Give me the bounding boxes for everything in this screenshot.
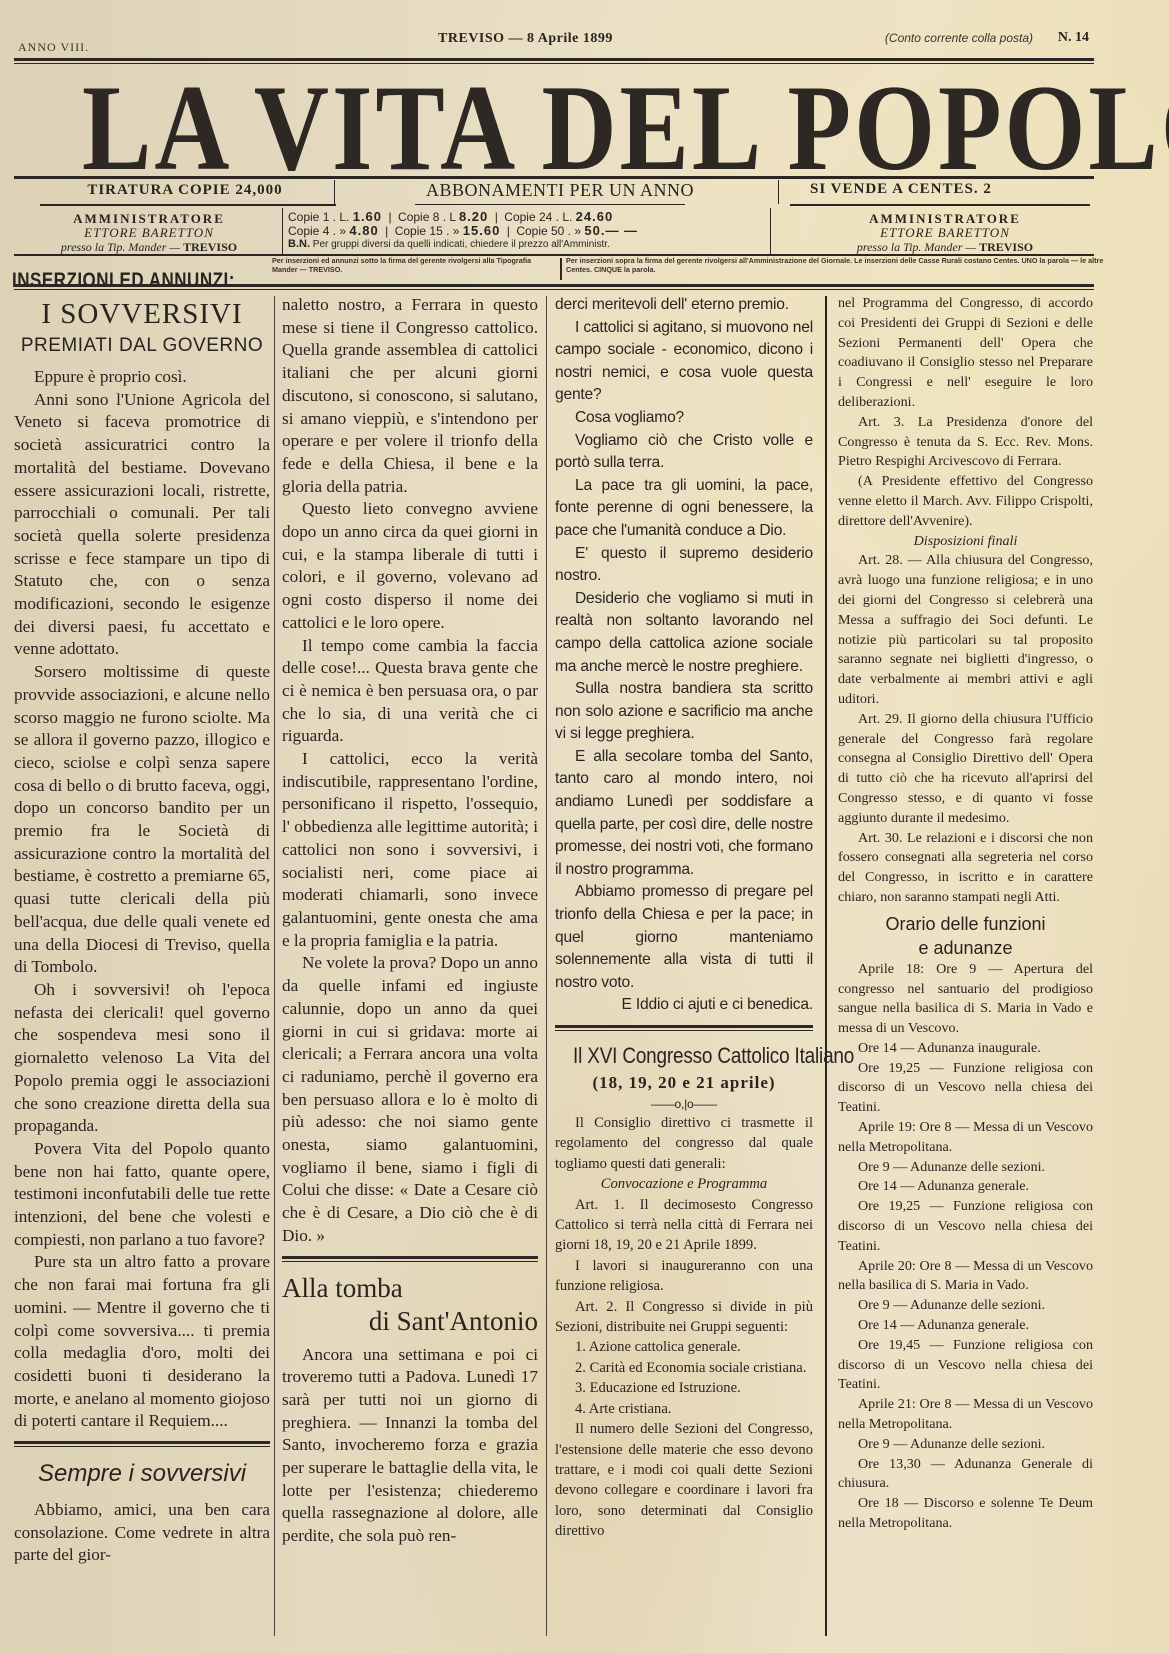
divider (790, 204, 1090, 206)
price-cell: Copie 24 . L. 24.60 (504, 210, 613, 224)
price-cell: Copie 4 . » 4.80 (288, 224, 379, 238)
price-label: Copie 4 . » (288, 224, 346, 238)
administrator-right: AMMINISTRATORE ETTORE BARETTON presso la… (800, 212, 1090, 254)
headline: di Sant'Antonio (282, 1304, 538, 1338)
paragraph: Art. 2. Il Congresso si divide in più Se… (555, 1297, 813, 1338)
schedule-item: Ore 13,30 — Adunanza Generale di chiusur… (838, 1455, 1093, 1495)
admin-title: AMMINISTRATORE (800, 212, 1090, 226)
masthead-title: LA VITA DEL POPOLO (82, 64, 1022, 194)
price-note-text: Per gruppi diversi da quelli indicati, c… (313, 239, 610, 250)
list-item: 4. Arte cristiana. (555, 1399, 813, 1419)
subheadline: PREMIATI DAL GOVERNO (14, 332, 270, 360)
paragraph: Il numero delle Sezioni del Congresso, l… (555, 1419, 813, 1541)
admin-title: AMMINISTRATORE (20, 212, 278, 226)
paragraph: Cosa vogliamo? (555, 407, 813, 430)
schedule-item: Ore 18 — Discorso e solenne Te Deum nell… (838, 1494, 1093, 1534)
paragraph: Sulla nostra bandiera sta scritto non so… (555, 678, 813, 746)
column-divider (274, 296, 275, 1636)
column-1: I SOVVERSIVI PREMIATI DAL GOVERNO Eppure… (14, 294, 270, 1567)
paragraph: nel Programma del Congresso, di accordo … (838, 294, 1093, 413)
admin-place: presso la Tip. Mander — TREVISO (800, 240, 1090, 254)
paragraph: Art. 30. Le relazioni e i discorsi che n… (838, 829, 1093, 908)
divider (334, 180, 335, 204)
admin-city: TREVISO (183, 240, 237, 254)
paragraph: Pure sta un altro fatto a provare che no… (14, 1251, 270, 1433)
divider (40, 204, 336, 206)
price-row: Copie 4 . » 4.80|Copie 15 . » 15.60|Copi… (288, 224, 788, 238)
paragraph: Abbiamo promesso di pregare pel trionfo … (555, 881, 813, 994)
schedule-item: Ore 9 — Adunanze delle sezioni. (838, 1435, 1093, 1455)
price-per-copy: SI VENDE A CENTES. 2 (790, 181, 1090, 198)
paragraph: Il Consiglio direttivo ci trasmette il r… (555, 1113, 813, 1174)
paragraph: Ancora una settimana e poi ci troveremo … (282, 1344, 538, 1548)
price-value: 8.20 (459, 209, 488, 224)
divider (282, 208, 283, 254)
headline: Alla tomba (282, 1272, 538, 1304)
masthead-rule (14, 176, 1094, 179)
schedule-title: e adunanze (838, 936, 1093, 960)
paragraph: Art. 29. Il giorno della chiusura l'Uffi… (838, 710, 1093, 829)
newspaper-page: ANNO VIII. TREVISO — 8 Aprile 1899 (Cont… (0, 0, 1169, 1653)
schedule-item: Ore 14 — Adunanza inaugurale. (838, 1039, 1093, 1059)
admin-place-text: presso la Tip. Mander — (61, 240, 180, 254)
paragraph: E alla secolare tomba del Santo, tanto c… (555, 746, 813, 882)
schedule-item: Ore 9 — Adunanze delle sezioni. (838, 1296, 1093, 1316)
volume-year: ANNO VIII. (18, 40, 89, 55)
paragraph: (A Presidente effettivo del Congresso ve… (838, 472, 1093, 531)
subheading: Convocazione e Programma (555, 1174, 813, 1194)
paragraph: E Iddio ci ajuti e ci benedica. (555, 994, 813, 1017)
price-cell: Copie 1 . L. 1.60 (288, 210, 382, 224)
list-item: 3. Educazione ed Istruzione. (555, 1378, 813, 1398)
paragraph: Art. 3. La Presidenza d'onore del Congre… (838, 413, 1093, 472)
price-label: Copie 24 . L. (504, 210, 572, 224)
paragraph: Desiderio che vogliamo si muti in realtà… (555, 588, 813, 678)
price-note: B.N. Per gruppi diversi da quelli indica… (288, 238, 788, 251)
top-line: ANNO VIII. TREVISO — 8 Aprile 1899 (Cont… (18, 30, 1093, 52)
divider (770, 208, 771, 254)
paragraph: Eppure è proprio così. (14, 366, 270, 389)
article-separator (555, 1025, 813, 1031)
divider (778, 180, 779, 204)
schedule-item: Aprile 21: Ore 8 — Messa di un Vescovo n… (838, 1395, 1093, 1435)
admin-city: TREVISO (979, 240, 1033, 254)
schedule-item: Ore 14 — Adunanza generale. (838, 1177, 1093, 1197)
paragraph: derci meritevoli dell' eterno premio. (555, 294, 813, 317)
column-3: derci meritevoli dell' eterno premio. I … (555, 294, 813, 1542)
schedule-title: Orario delle funzioni (838, 912, 1093, 936)
paragraph: Questo lieto convegno avviene dopo un an… (282, 498, 538, 634)
article-separator (14, 1441, 270, 1447)
paragraph: Povera Vita del Popolo quanto bene non h… (14, 1138, 270, 1252)
postal-note: (Conto corrente colla posta) (885, 31, 1033, 45)
admin-name: ETTORE BARETTON (20, 226, 278, 240)
administrator-left: AMMINISTRATORE ETTORE BARETTON presso la… (20, 212, 278, 254)
schedule-item: Ore 19,25 — Funzione religiosa con disco… (838, 1197, 1093, 1256)
price-row: Copie 1 . L. 1.60|Copie 8 . L 8.20|Copie… (288, 210, 788, 224)
list-item: 1. Azione cattolica generale. (555, 1337, 813, 1357)
schedule-item: Ore 19,45 — Funzione religiosa con disco… (838, 1336, 1093, 1395)
paragraph: La pace tra gli uomini, la pace, fonte p… (555, 475, 813, 543)
price-label: Copie 50 . » (516, 224, 581, 238)
divider (415, 204, 685, 205)
column-divider (546, 296, 547, 1636)
article-separator (282, 1256, 538, 1262)
paragraph: naletto nostro, a Ferrara in questo mese… (282, 294, 538, 498)
issue-number: N. 14 (1058, 30, 1089, 46)
price-note-label: B.N. (288, 238, 310, 250)
schedule-item: Aprile 18: Ore 9 — Apertura del congress… (838, 960, 1093, 1039)
headline: Sempre i sovversivi (14, 1457, 270, 1491)
column-2: naletto nostro, a Ferrara in questo mese… (282, 294, 538, 1548)
headline: Il XVI Congresso Cattolico Italiano (573, 1041, 795, 1071)
price-label: Copie 8 . L (398, 210, 456, 224)
schedule-item: Ore 14 — Adunanza generale. (838, 1316, 1093, 1336)
divider (560, 258, 562, 280)
paragraph: Oh i sovversivi! oh l'epoca nefasta dei … (14, 979, 270, 1138)
headline-dates: (18, 19, 20 e 21 aprile) (555, 1071, 813, 1095)
list-item: 2. Carità ed Economia sociale cristiana. (555, 1358, 813, 1378)
schedule-item: Aprile 20: Ore 8 — Messa di un Vescovo n… (838, 1257, 1093, 1297)
paragraph: E' questo il supremo desiderio nostro. (555, 543, 813, 588)
paragraph: Ne volete la prova? Dopo un anno da quel… (282, 952, 538, 1247)
schedule-item: Ore 9 — Adunanze delle sezioni. (838, 1158, 1093, 1178)
paragraph: Sorsero moltissime di queste provvide as… (14, 661, 270, 979)
schedule-item: Aprile 19: Ore 8 — Messa di un Vescovo n… (838, 1118, 1093, 1158)
price-value: 1.60 (353, 209, 382, 224)
paragraph: Vogliamo ciò che Cristo volle e portò su… (555, 430, 813, 475)
issue-date: TREVISO — 8 Aprile 1899 (438, 31, 613, 47)
price-value: 50.— — (584, 223, 638, 238)
price-value: 24.60 (576, 209, 614, 224)
advertising-note-b: Per inserzioni sopra la firma del gerent… (566, 256, 1106, 274)
paragraph: Anni sono l'Unione Agricola del Veneto s… (14, 389, 270, 661)
divider (14, 289, 1094, 290)
subscriptions-title: ABBONAMENTI PER UN ANNO (345, 180, 775, 201)
divider (14, 284, 1094, 287)
advertising-note-a: Per inserzioni ed annunzi sotto la firma… (272, 256, 542, 274)
admin-name: ETTORE BARETTON (800, 226, 1090, 240)
admin-place-text: presso la Tip. Mander — (857, 240, 976, 254)
price-cell: Copie 50 . » 50.— — (516, 224, 638, 238)
admin-place: presso la Tip. Mander — TREVISO (20, 240, 278, 254)
price-label: Copie 15 . » (395, 224, 460, 238)
paragraph: I lavori si inaugureranno con una funzio… (555, 1256, 813, 1297)
price-cell: Copie 15 . » 15.60 (395, 224, 501, 238)
paragraph: Art. 1. Il decimosesto Congresso Cattoli… (555, 1195, 813, 1256)
price-cell: Copie 8 . L 8.20 (398, 210, 488, 224)
price-label: Copie 1 . L. (288, 210, 349, 224)
congress-article: Il Consiglio direttivo ci trasmette il r… (555, 1113, 813, 1542)
paragraph: Il tempo come cambia la faccia delle cos… (282, 635, 538, 749)
paragraph: Abbiamo, amici, una ben cara consolazion… (14, 1499, 270, 1567)
circulation: TIRATURA COPIE 24,000 (40, 182, 330, 199)
subheading: Disposizioni finali (838, 532, 1093, 552)
column-divider (825, 296, 827, 1636)
column-4: nel Programma del Congresso, di accordo … (838, 294, 1093, 1534)
paragraph: I cattolici, ecco la verità indiscutibil… (282, 748, 538, 952)
subscription-prices: Copie 1 . L. 1.60|Copie 8 . L 8.20|Copie… (288, 210, 788, 251)
paragraph: I cattolici si agitano, si muovono nel c… (555, 317, 813, 407)
headline: I SOVVERSIVI (14, 296, 270, 332)
ornament: ——o,|o—— (555, 1095, 813, 1113)
paragraph: Art. 28. — Alla chiusura del Congresso, … (838, 551, 1093, 709)
price-value: 15.60 (463, 223, 501, 238)
schedule-item: Ore 19,25 — Funzione religiosa con disco… (838, 1059, 1093, 1118)
price-value: 4.80 (349, 223, 378, 238)
